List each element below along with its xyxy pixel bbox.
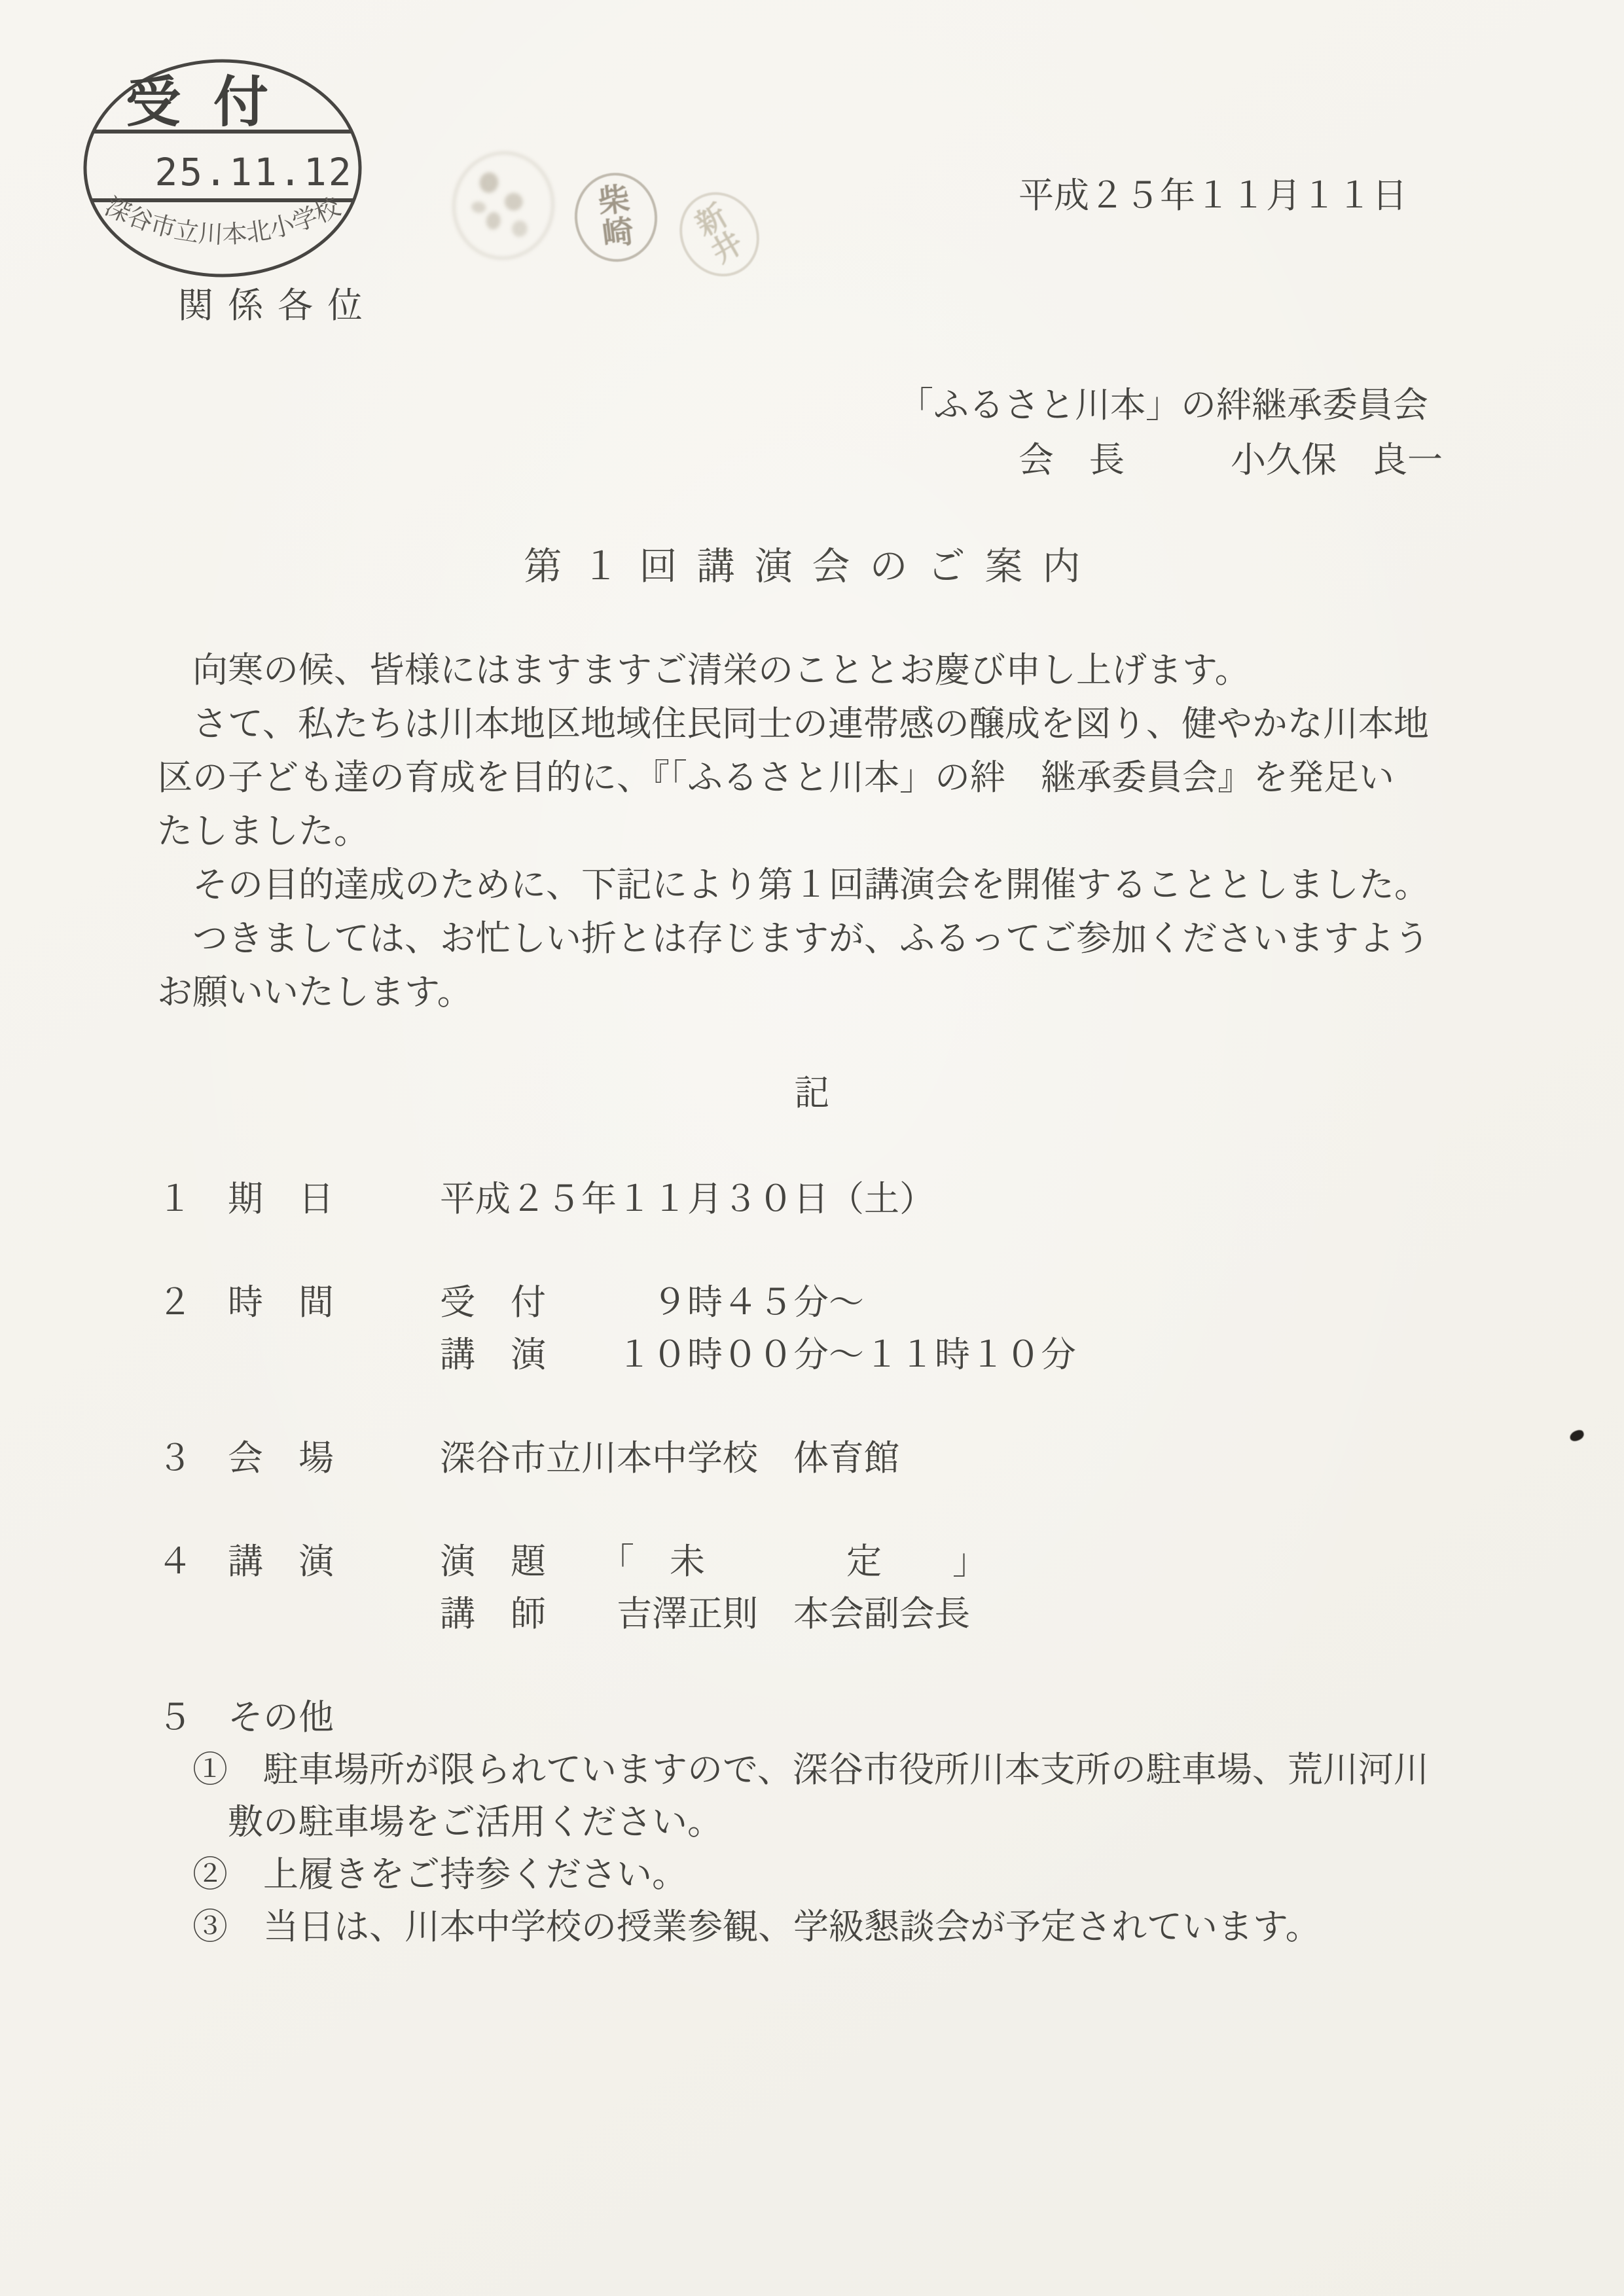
reception-stamp: 受付 25.11.12 深谷市立川本北小学校 (77, 56, 365, 285)
hanko-seal-character: 崎 (600, 215, 636, 251)
detail-line-time: ２ 時 間 受 付 ９時４５分～ (157, 1276, 1429, 1329)
body-paragraphs: 向寒の候、皆様にはますますご清栄のこととお慶び申し上げます。 さて、私たちは川本… (157, 643, 1430, 1019)
sender-organization: 「ふるさと川本」の絆継承委員会 (898, 377, 1428, 427)
notice-marker: 記 (0, 1067, 1624, 1119)
hanko-seal-illegible (446, 145, 560, 266)
stamp-label: 受付 (126, 73, 301, 134)
hanko-seal-arai: 新 井 (664, 177, 774, 291)
detail-line-note-3: ③ 当日は、川本中学校の授業参観、学級懇談会が予定されています。 (157, 1901, 1429, 1953)
detail-line-time-lecture: 講 演 １０時００分～１１時１０分 (157, 1329, 1429, 1381)
hanko-seal-shibasaki: 柴 崎 (569, 168, 662, 266)
body-line: さて、私たちは川本地区地域住民同士の連帯感の醸成を図り、健やかな川本地 (157, 697, 1430, 751)
body-line: お願いいたします。 (157, 965, 1430, 1019)
details-list: １ 期 日 平成２５年１１月３０日（土） ２ 時 間 受 付 ９時４５分～ 講 … (157, 1173, 1429, 1953)
body-line: 向寒の候、皆様にはますますご清栄のこととお慶び申し上げます。 (157, 643, 1430, 697)
detail-line-note-1-cont: 敷の駐車場をご活用ください。 (157, 1796, 1429, 1848)
ink-speck (1568, 1429, 1585, 1443)
detail-line-lecture-title: ４ 講 演 演 題 「 未 定 」 (157, 1535, 1429, 1588)
recipient-line: 関係各位 (178, 278, 377, 328)
body-line: その目的達成のために、下記により第１回講演会を開催することとしました。 (157, 858, 1430, 912)
document-title: 第１回講演会のご案内 (0, 535, 1624, 590)
issue-date: 平成２５年１１月１１日 (1019, 168, 1407, 218)
document-page: { "reception_stamp": { "label": "受付", "d… (0, 0, 1624, 2296)
hanko-seal-character: 柴 (596, 183, 632, 219)
stamp-date: 25.11.12 (154, 150, 353, 194)
detail-line-note-2: ② 上履きをご持参ください。 (157, 1848, 1429, 1901)
detail-line-other: ５ その他 (157, 1691, 1429, 1744)
detail-line-date: １ 期 日 平成２５年１１月３０日（土） (157, 1173, 1429, 1225)
detail-line-lecturer: 講 師 吉澤正則 本会副会長 (157, 1588, 1429, 1640)
sender-chairperson: 会 長 小久保 良一 (1019, 432, 1443, 482)
body-line: つきましては、お忙しい折とは存じますが、ふるってご参加くださいますよう (157, 912, 1430, 965)
body-line: 区の子ども達の育成を目的に、『「ふるさと川本」の絆 継承委員会』を発足い (157, 751, 1430, 804)
body-line: たしました。 (157, 804, 1430, 858)
detail-line-venue: ３ 会 場 深谷市立川本中学校 体育館 (157, 1432, 1429, 1484)
detail-line-note-1: ① 駐車場所が限られていますので、深谷市役所川本支所の駐車場、荒川河川 (157, 1744, 1429, 1796)
